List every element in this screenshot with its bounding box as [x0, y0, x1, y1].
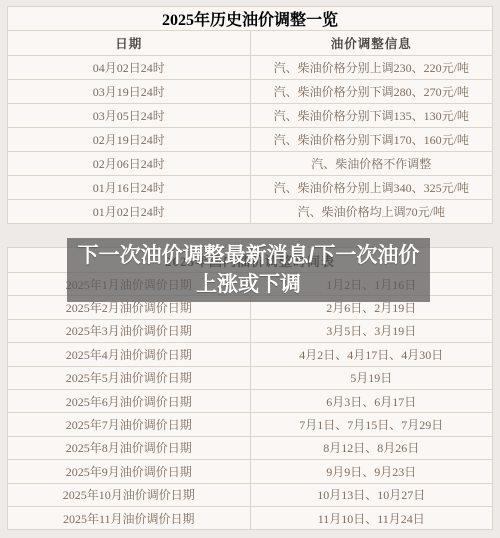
date-cell: 01月16日24时: [8, 176, 251, 200]
table-row: 2025年8月油价调价日期8月12日、8月26日: [8, 436, 493, 459]
history-table-title: 2025年历史油价调整一览: [8, 7, 493, 31]
date-cell: 01月02日24时: [8, 200, 251, 224]
adjustment-info-column-header: 油价调整信息: [250, 31, 493, 56]
value-cell: 汽、柴油价格分别下调280、270元/吨: [250, 80, 493, 104]
date-cell: 2025年5月油价调价日期: [8, 366, 251, 389]
date-cell: 02月19日24时: [8, 128, 251, 152]
date-cell: 2025年11月油价调价日期: [8, 506, 251, 529]
date-cell: 03月19日24时: [8, 80, 251, 104]
value-cell: 8月12日、8月26日: [250, 436, 493, 459]
table-row: 02月19日24时汽、柴油价格分别下调170、160元/吨: [8, 128, 493, 152]
table-row: 2025年9月油价调价日期9月9日、9月23日: [8, 460, 493, 483]
date-cell: 02月06日24时: [8, 152, 251, 176]
table-row: 2025年11月油价调价日期11月10日、11月24日: [8, 506, 493, 529]
value-cell: 10月13日、10月27日: [250, 483, 493, 506]
value-cell: 6月3日、6月17日: [250, 389, 493, 412]
value-cell: 汽、柴油价格分别下调170、160元/吨: [250, 128, 493, 152]
value-cell: 汽、柴油价格分别上调340、325元/吨: [250, 176, 493, 200]
value-cell: 7月1日、7月15日、7月29日: [250, 413, 493, 436]
table-row: 04月02日24时汽、柴油价格分别上调230、220元/吨: [8, 56, 493, 80]
table-row: 01月02日24时汽、柴油价格均上调70元/吨: [8, 200, 493, 224]
date-cell: 04月02日24时: [8, 56, 251, 80]
value-cell: 汽、柴油价格均上调70元/吨: [250, 200, 493, 224]
date-cell: 2025年3月油价调价日期: [8, 319, 251, 342]
table-row: 2025年10月油价调价日期10月13日、10月27日: [8, 483, 493, 506]
date-cell: 2025年7月油价调价日期: [8, 413, 251, 436]
table-row: 2025年4月油价调价日期4月2日、4月17日、4月30日: [8, 343, 493, 366]
history-price-table: 2025年历史油价调整一览 日期 油价调整信息 04月02日24时汽、柴油价格分…: [7, 6, 493, 224]
value-cell: 汽、柴油价格分别上调230、220元/吨: [250, 56, 493, 80]
value-cell: 汽、柴油价格分别下调135、130元/吨: [250, 104, 493, 128]
date-cell: 03月05日24时: [8, 104, 251, 128]
table-row: 01月16日24时汽、柴油价格分别上调340、325元/吨: [8, 176, 493, 200]
date-column-header: 日期: [8, 31, 251, 56]
table-title-row: 2025年历史油价调整一览: [8, 7, 493, 31]
value-cell: 11月10日、11月24日: [250, 506, 493, 529]
table-row: 2025年3月油价调价日期3月5日、3月19日: [8, 319, 493, 342]
date-cell: 2025年6月油价调价日期: [8, 389, 251, 412]
date-cell: 2025年10月油价调价日期: [8, 483, 251, 506]
headline-overlay: 下一次油价调整最新消息/下一次油价上涨或下调: [67, 238, 430, 302]
date-cell: 2025年9月油价调价日期: [8, 460, 251, 483]
table-row: 03月19日24时汽、柴油价格分别下调280、270元/吨: [8, 80, 493, 104]
table-row: 03月05日24时汽、柴油价格分别下调135、130元/吨: [8, 104, 493, 128]
table-row: 2025年6月油价调价日期6月3日、6月17日: [8, 389, 493, 412]
value-cell: 5月19日: [250, 366, 493, 389]
value-cell: 3月5日、3月19日: [250, 319, 493, 342]
table-row: 02月06日24时汽、柴油价格不作调整: [8, 152, 493, 176]
table-row: 2025年5月油价调价日期5月19日: [8, 366, 493, 389]
date-cell: 2025年4月油价调价日期: [8, 343, 251, 366]
value-cell: 4月2日、4月17日、4月30日: [250, 343, 493, 366]
date-cell: 2025年8月油价调价日期: [8, 436, 251, 459]
table-header-row: 日期 油价调整信息: [8, 31, 493, 56]
value-cell: 9月9日、9月23日: [250, 460, 493, 483]
value-cell: 汽、柴油价格不作调整: [250, 152, 493, 176]
headline-title: 下一次油价调整最新消息/下一次油价上涨或下调: [71, 241, 427, 299]
table-row: 2025年7月油价调价日期7月1日、7月15日、7月29日: [8, 413, 493, 436]
article-page: 2025年历史油价调整一览 日期 油价调整信息 04月02日24时汽、柴油价格分…: [0, 0, 500, 538]
